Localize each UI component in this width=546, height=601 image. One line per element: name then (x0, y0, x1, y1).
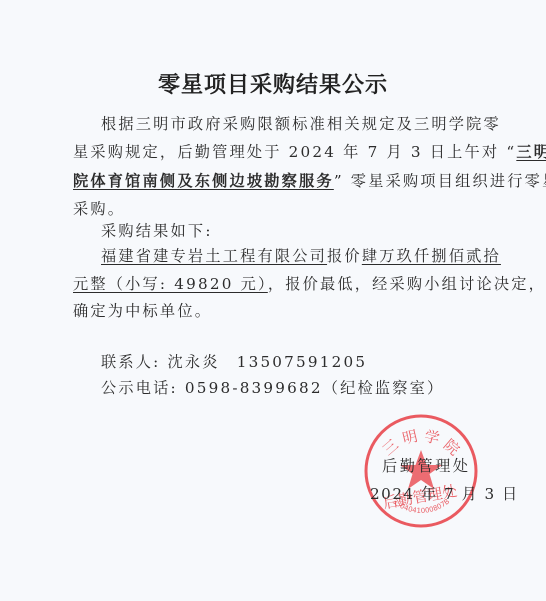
public-phone-dept: （纪检监察室） (323, 379, 445, 397)
amount-upper-part2: 元整（小写: 49820 元） (73, 275, 268, 293)
signature-department: 后勤管理处 (382, 455, 470, 476)
paragraph1-line3: 院体育馆南侧及东侧边坡勘察服务” 零星采购项目组织进行零星 (73, 171, 483, 191)
paragraph1-line1: 根据三明市政府采购限额标准相关规定及三明学院零 (101, 114, 511, 134)
document-title: 零星项目采购结果公示 (0, 68, 546, 99)
signature-date: 2024 年 7 月 3 日 (370, 483, 519, 504)
winning-company: 福建省建专岩土工程有限公司 (101, 247, 327, 265)
contact-label: 联系人: (101, 353, 160, 371)
paragraph2-line2-text: ，报价最低，经采购小组讨论决定， (268, 275, 546, 293)
paragraph1-line4: 采购。 (73, 199, 483, 219)
public-phone-number: 0598-8399682 (185, 379, 323, 397)
contact-line: 联系人: 沈永炎 13507591205 (101, 352, 511, 372)
paragraph1-line2-text: 星采购规定，后勤管理处于 2024 年 7 月 3 日上午对 “ (73, 143, 516, 161)
paragraph2-line2: 元整（小写: 49820 元），报价最低，经采购小组讨论决定， (73, 274, 483, 294)
contact-name: 沈永炎 (168, 353, 220, 371)
contact-phone: 13507591205 (237, 353, 368, 371)
paragraph2-line1: 福建省建专岩土工程有限公司报价肆万玖仟捌佰贰拾 (101, 246, 511, 266)
public-phone-line: 公示电话: 0598-8399682（纪检监察室） (101, 378, 511, 398)
amount-upper-part1: 肆万玖仟捌佰贰拾 (362, 247, 501, 265)
project-name-start: 三明学 (516, 143, 546, 161)
paragraph2-line3: 确定为中标单位。 (73, 301, 483, 321)
public-phone-label: 公示电话: (101, 379, 178, 397)
document-page: 零星项目采购结果公示 根据三明市政府采购限额标准相关规定及三明学院零 星采购规定… (0, 0, 546, 601)
paragraph1-line3-text: ” 零星采购项目组织进行零星 (334, 172, 546, 190)
quote-word: 报价 (327, 247, 362, 265)
paragraph1-line2: 星采购规定，后勤管理处于 2024 年 7 月 3 日上午对 “三明学 (73, 142, 483, 162)
project-name-end: 院体育馆南侧及东侧边坡勘察服务 (73, 172, 334, 190)
results-heading: 采购结果如下: (101, 221, 511, 241)
